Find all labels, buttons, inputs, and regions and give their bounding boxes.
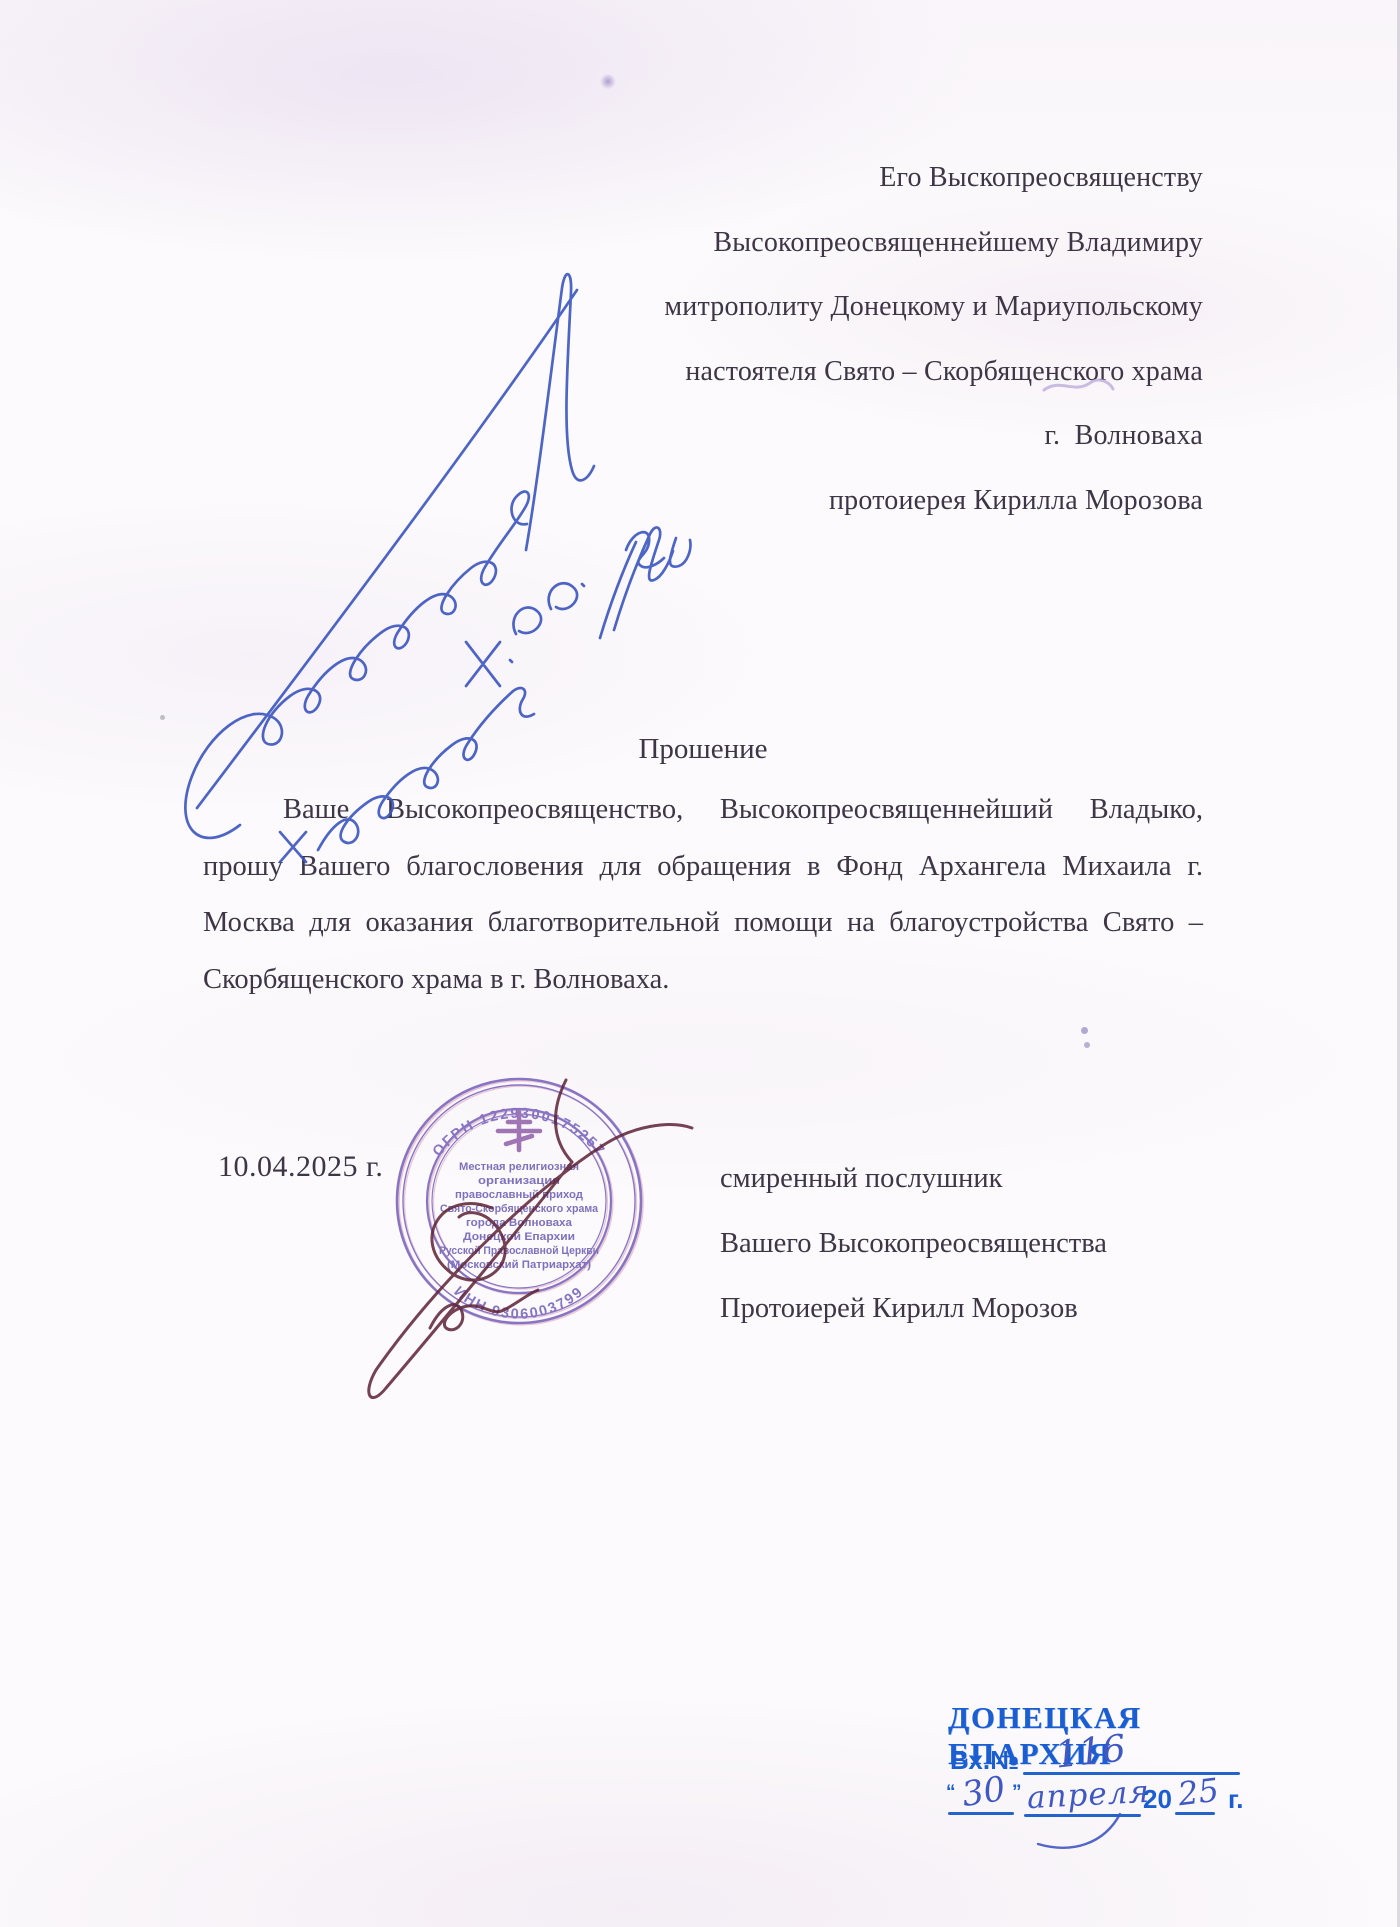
stamp-underline [948, 1812, 1014, 1815]
closing-line: Вашего Высокопреосвященства [720, 1211, 1107, 1276]
seal-outer-ring2 [403, 1085, 635, 1317]
parish-seal: ОГРН 1229300175257 ИНН 9306003799 Местна… [388, 1070, 650, 1332]
seal-line: православный приход [455, 1189, 583, 1201]
closing-block: смиренный послушник Вашего Высокопреосвя… [720, 1146, 1107, 1341]
page-title: Прошение [203, 733, 1203, 766]
recipient-line: Его Выскопреосвященству [664, 146, 1203, 211]
body-line: прошу Вашего благословения для обращения… [203, 839, 1203, 896]
seal-inner-ring [427, 1109, 611, 1293]
recipient-line: г. Волноваха [664, 404, 1203, 469]
document-page: Его Выскопреосвященству Высокопреосвящен… [0, 0, 1400, 1927]
month-tail-stroke [1030, 1810, 1130, 1858]
ink-speck [1084, 1042, 1090, 1048]
orthodox-cross-icon [498, 1112, 540, 1150]
recipient-line: настоятеля Свято – Скорбященского храма [664, 340, 1203, 405]
seal-outer-ring [397, 1079, 641, 1323]
seal-line: Свято-Скорбященского храма [440, 1203, 599, 1215]
resolution-flourish-stroke [526, 274, 594, 550]
seal-line: города Волноваха [466, 1217, 573, 1229]
pencil-dot [160, 715, 165, 720]
stamp-year-suffix: г. [1228, 1784, 1243, 1815]
stamp-century: 20 [1143, 1784, 1172, 1815]
body-paragraph: Ваше Высокопреосвященство, Высокопреосвя… [203, 782, 1203, 1008]
date: 10.04.2025 г. [218, 1150, 383, 1184]
seal-chromatic-fringe [399, 1080, 643, 1324]
ink-blot [600, 74, 616, 89]
handwritten-year: 25 [1176, 1771, 1221, 1814]
seal-inner-ring2 [432, 1114, 606, 1288]
resolution-underline-stroke [197, 290, 577, 808]
handwritten-month: апреля [1026, 1774, 1151, 1816]
handwritten-incoming-number: 116 [1053, 1726, 1128, 1776]
seal-ogrn-arc: ОГРН 1229300175257 [430, 1106, 609, 1160]
signature-entry-stroke [555, 1080, 572, 1162]
recipient-line: Высокопреосвященнейшему Владимиру [664, 211, 1203, 276]
seal-inn-arc: ИНН 9306003799 [451, 1284, 587, 1323]
stamp-open-quote: “ [946, 1782, 956, 1804]
body-line: Москва для оказания благотворительной по… [203, 895, 1203, 952]
stamp-close-quote: ” [1012, 1782, 1022, 1804]
recipient-line: митрополиту Донецкому и Мариупольскому [664, 275, 1203, 340]
recipient-block: Его Выскопреосвященству Высокопреосвящен… [664, 146, 1203, 533]
ink-speck [1081, 1027, 1088, 1034]
signature-squiggle-stroke [430, 1290, 538, 1330]
seal-line: (Московский Патриархат) [447, 1259, 591, 1271]
resolution-date-scrawl [466, 532, 690, 686]
body-line: Скорбященского храма в г. Волноваха. [203, 952, 1203, 1009]
body-line: Ваше Высокопреосвященство, Высокопреосвя… [203, 782, 1203, 839]
seal-line: Местная религиозная [459, 1161, 579, 1173]
handwritten-day: 30 [959, 1769, 1008, 1815]
seal-line: Донецкой Епархии [463, 1231, 575, 1243]
signature-circle-stroke [432, 1204, 505, 1280]
closing-line: смиренный послушник [720, 1146, 1107, 1211]
resolution-scrawl-stroke [600, 527, 673, 638]
closing-line: Протоиерей Кирилл Морозов [720, 1276, 1107, 1341]
seal-line: организация [478, 1175, 560, 1187]
seal-center-text: Местная религиозная организация правосла… [439, 1161, 599, 1271]
signature-tail-stroke [602, 1125, 692, 1146]
seal-rings [397, 1079, 641, 1323]
recipient-line: протоиерея Кирилла Морозова [664, 469, 1203, 534]
stamp-underline [1024, 1814, 1141, 1817]
seal-line: Русской Православной Церкви [439, 1245, 599, 1257]
stamp-underline [1175, 1812, 1215, 1815]
priest-signature [280, 1060, 740, 1440]
signature-loop-stroke [369, 1146, 602, 1398]
